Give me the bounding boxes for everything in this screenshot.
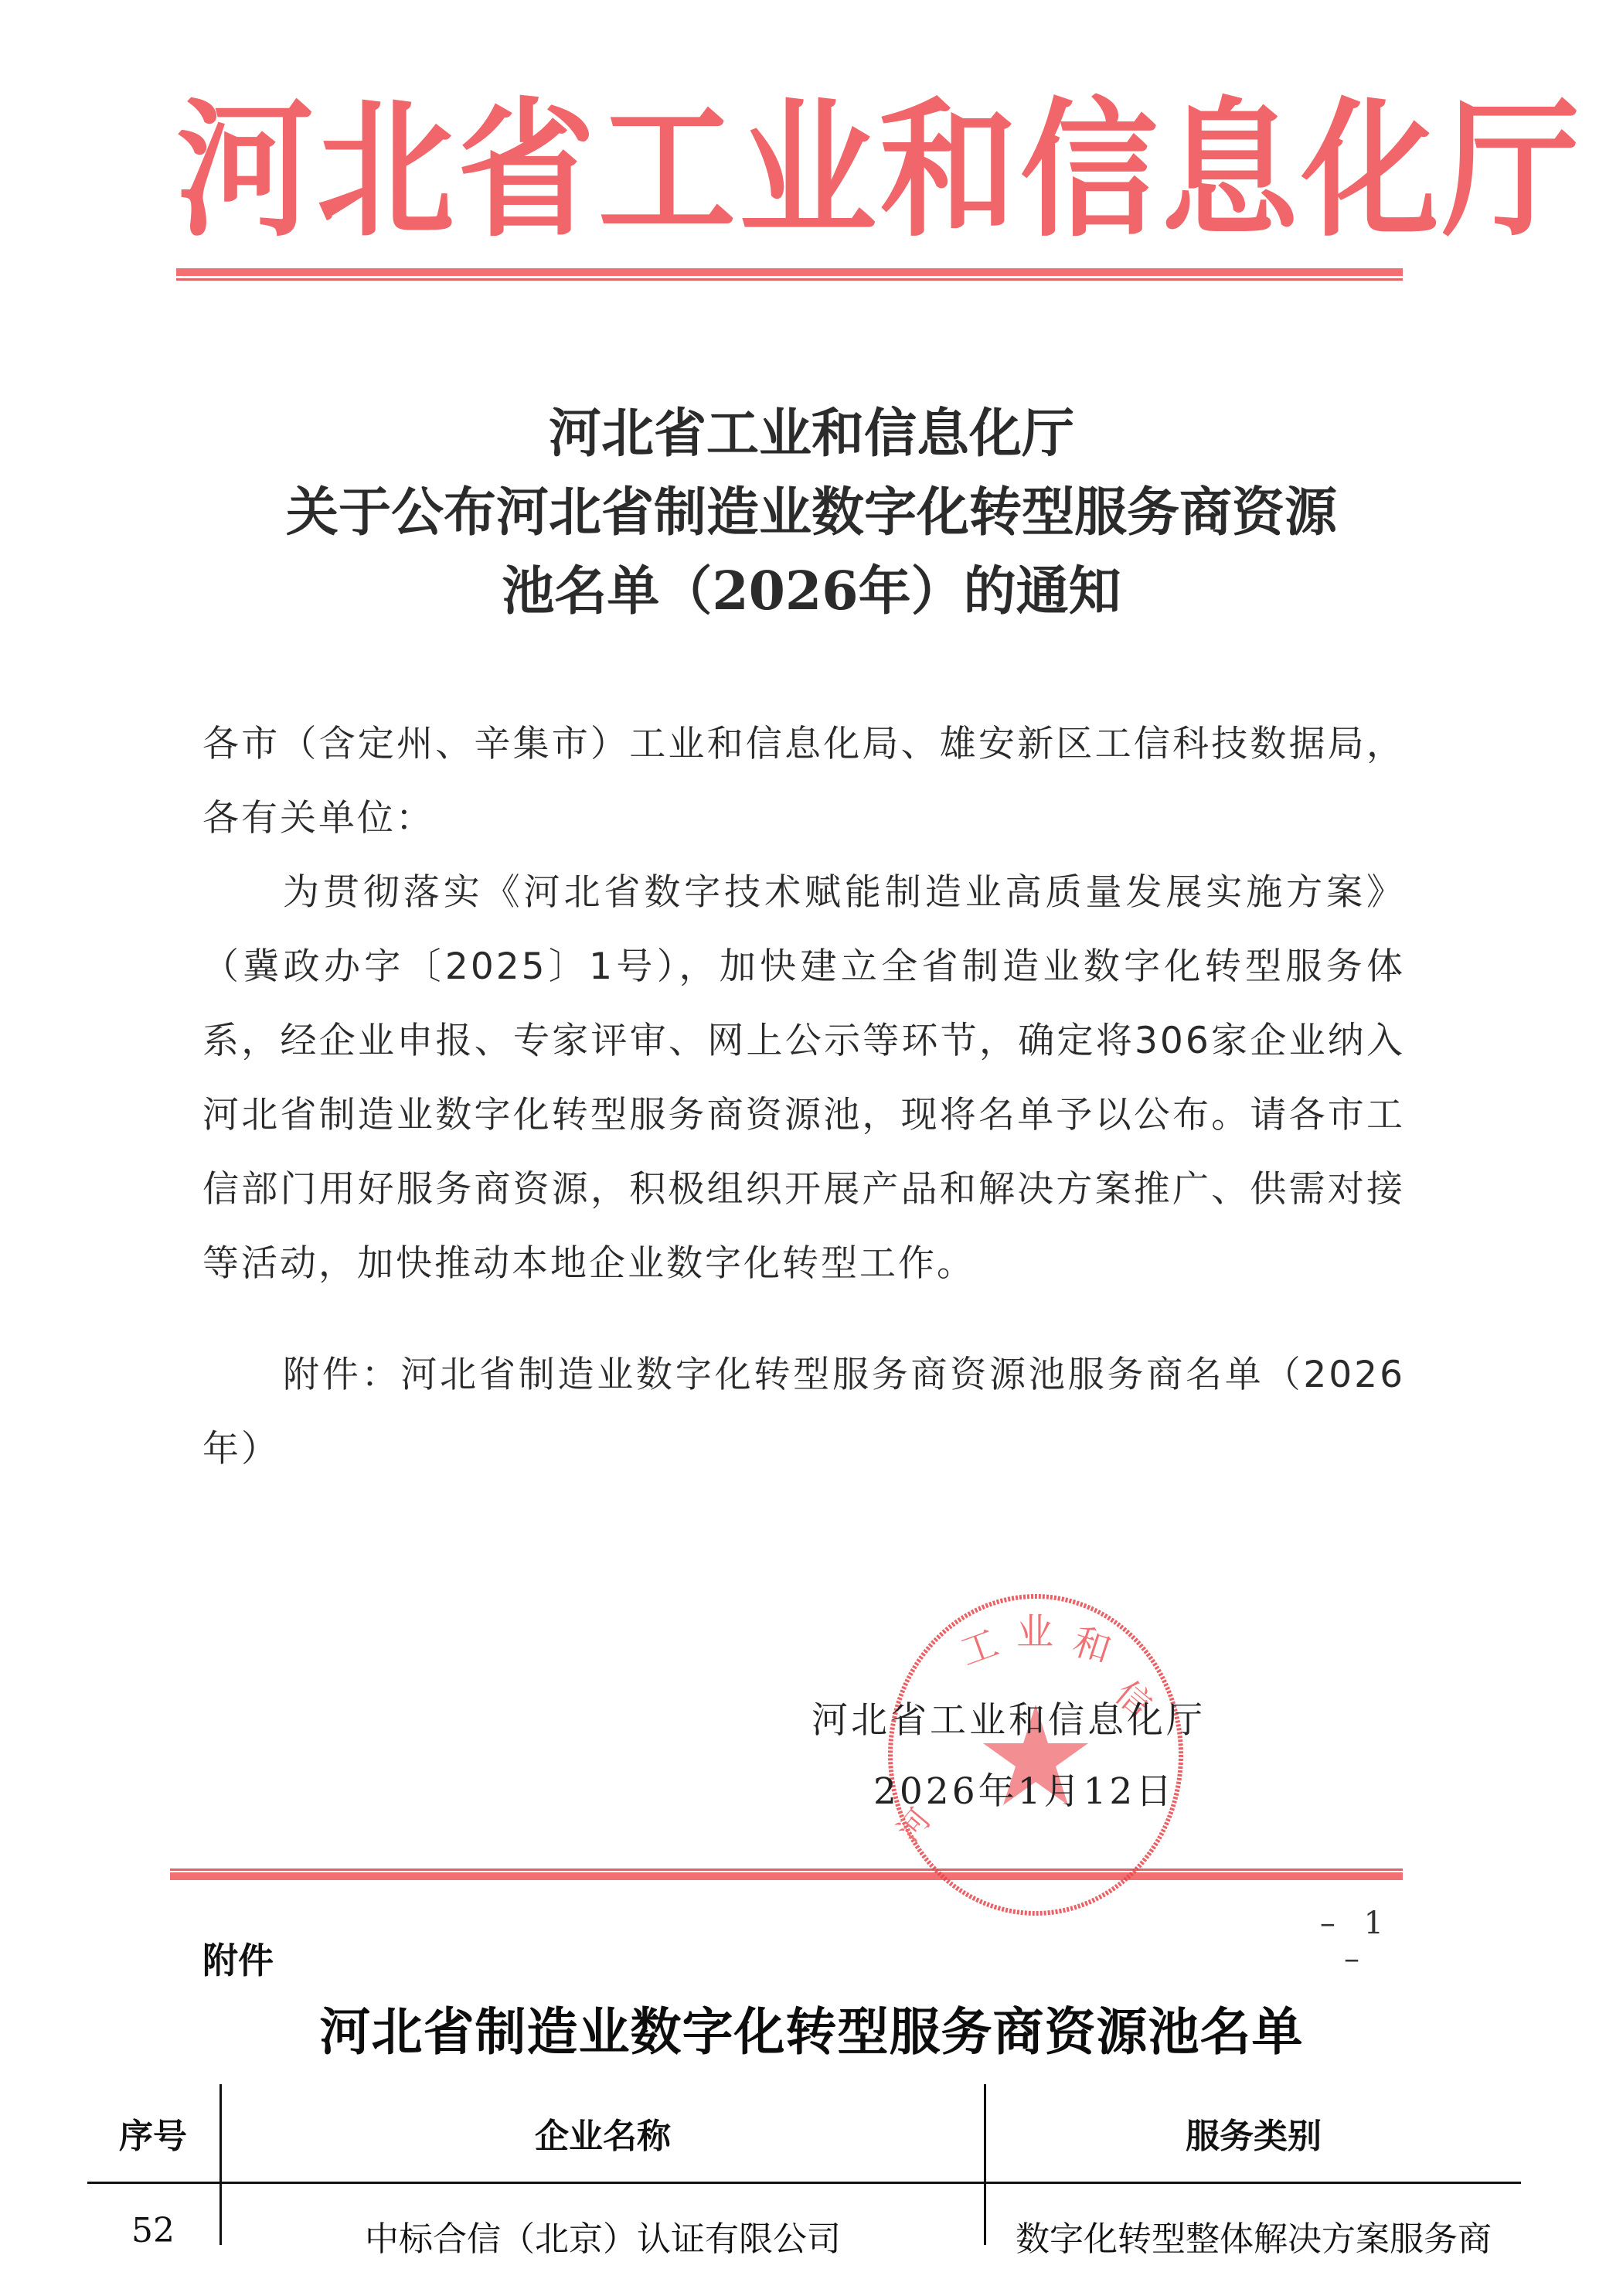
title-line-1: 河北省工业和信息化厅 [185,394,1438,473]
letterhead-rule-thick [176,268,1403,276]
document-title: 河北省工业和信息化厅 关于公布河北省制造业数字化转型服务商资源 池名单（2026… [185,394,1438,631]
table-header-divider [87,2182,1521,2184]
main-paragraph: 为贯彻落实《河北省数字技术赋能制造业高质量发展实施方案》（冀政办字〔2025〕1… [202,856,1405,1301]
svg-text:业: 业 [1016,1610,1053,1654]
table-cell-index: 52 [87,2211,219,2250]
signature-org: 河北省工业和信息化厅 [811,1685,1244,1756]
svg-text:工: 工 [954,1621,1004,1674]
attachment-reference: 附件：河北省制造业数字化转型服务商资源池服务商名单（2026年） [202,1338,1405,1487]
signature-block: 河北省工业和信息化厅 2026年1月12日 [811,1685,1244,1828]
letterhead-rule-thin [176,278,1403,281]
table-header-service-category: 服务类别 [986,2108,1521,2158]
signature-date: 2026年1月12日 [811,1756,1244,1828]
svg-text:和: 和 [1067,1620,1116,1672]
letterhead-org-name: 河北省工业和信息化厅 [176,78,1403,262]
document-body: 各市（含定州、辛集市）工业和信息化局、雄安新区工信科技数据局，各有关单位： 为贯… [202,707,1405,1487]
table-header-index: 序号 [87,2108,219,2158]
annex-title: 河北省制造业数字化转型服务商资源池名单 [185,1991,1438,2064]
table-cell-company: 中标合信（北京）认证有限公司 [222,2211,984,2260]
annex-label: 附件 [202,1933,274,1984]
table-header-company: 企业名称 [222,2108,984,2158]
salutation-line-1: 各市（含定州、辛集市）工业和信息化局、雄安新区工信科技数 [202,723,1289,765]
page-number: – 1 – [1298,1906,1414,1977]
title-line-3: 池名单（2026年）的通知 [185,552,1438,631]
title-line-2: 关于公布河北省制造业数字化转型服务商资源 [185,473,1438,552]
table-cell-service-category: 数字化转型整体解决方案服务商 [986,2211,1521,2260]
salutation: 各市（含定州、辛集市）工业和信息化局、雄安新区工信科技数据局，各有关单位： [202,707,1405,856]
footer-rule-thin [170,1868,1403,1871]
footer-rule-thick [170,1872,1403,1880]
